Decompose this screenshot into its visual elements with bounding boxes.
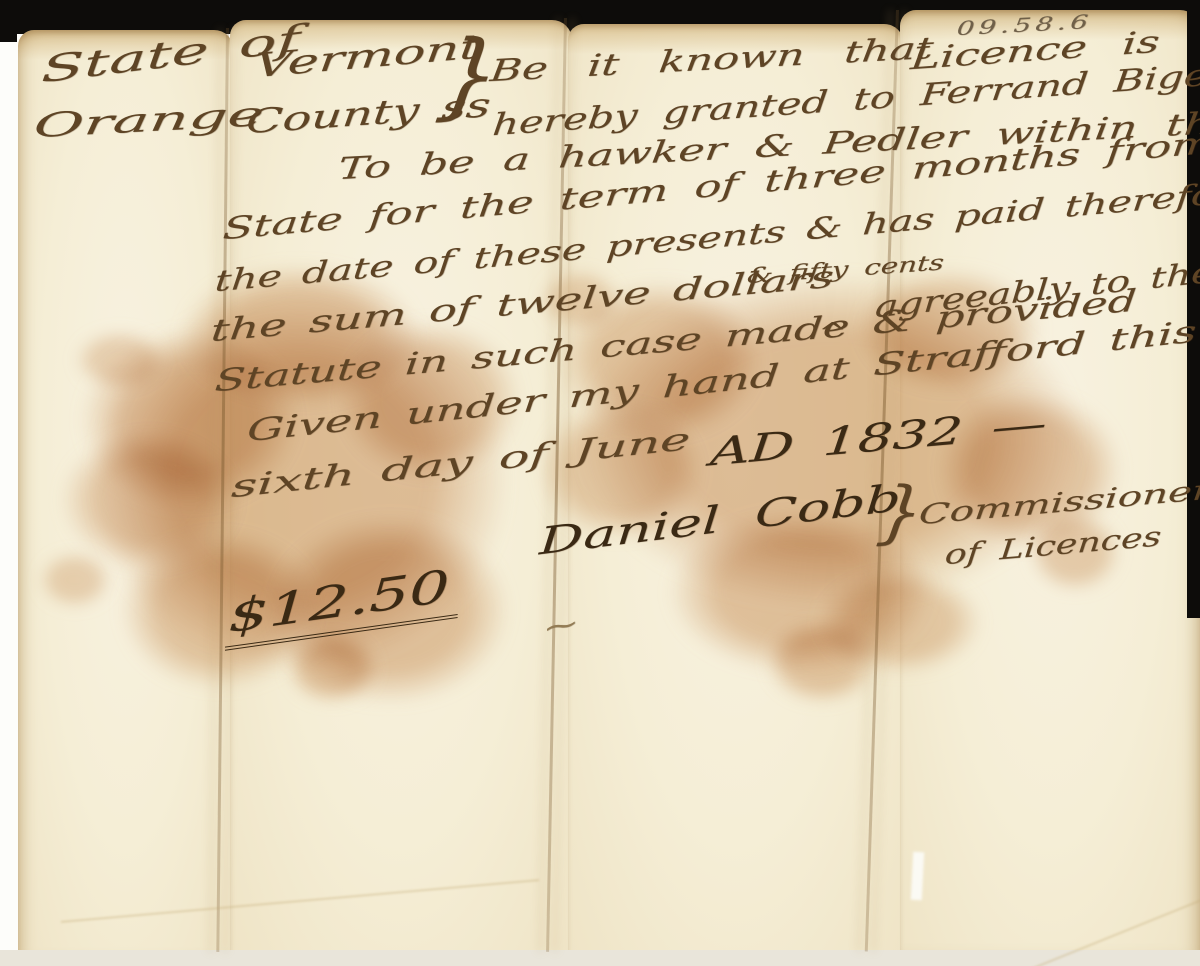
- stray-mark: ~: [542, 605, 580, 645]
- line-be-it-known: Be it known that: [488, 31, 935, 89]
- line-ad-1832: AD 1832 —: [709, 401, 1048, 475]
- handwritten-text-layer: State ofVermontOrangeCounty ss}Be it kno…: [0, 0, 1200, 966]
- scanned-document: State ofVermontOrangeCounty ss}Be it kno…: [0, 0, 1200, 966]
- signature-daniel-cobb: Daniel Cobb: [538, 476, 901, 564]
- line-of-licences: of Licences: [944, 521, 1163, 571]
- fee-amount: $12.50: [225, 559, 459, 650]
- line-orange: Orange: [32, 94, 266, 145]
